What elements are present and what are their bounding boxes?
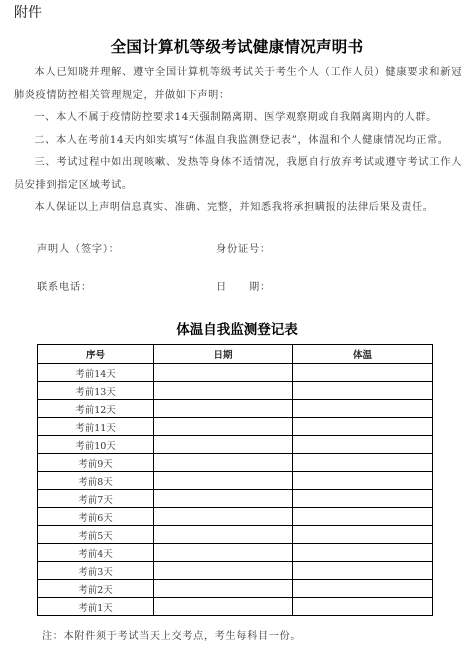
temp-cell[interactable] xyxy=(293,418,433,436)
temp-cell[interactable] xyxy=(293,436,433,454)
temp-cell[interactable] xyxy=(293,454,433,472)
header-temp: 体温 xyxy=(293,345,433,364)
clause-1: 一、本人不属于疫情防控要求14天强制隔离期、医学观察期或自我隔离期内的人群。 xyxy=(14,107,462,130)
phone-field[interactable]: 联系电话： xyxy=(37,278,92,293)
date-cell[interactable] xyxy=(154,544,293,562)
temp-cell[interactable] xyxy=(293,472,433,490)
seq-cell: 考前11天 xyxy=(38,418,154,436)
table-row: 考前13天 xyxy=(38,382,433,400)
temp-cell[interactable] xyxy=(293,544,433,562)
seq-cell: 考前6天 xyxy=(38,508,154,526)
seq-cell: 考前9天 xyxy=(38,454,154,472)
table-row: 考前4天 xyxy=(38,544,433,562)
temp-cell[interactable] xyxy=(293,364,433,382)
table-header-row: 序号 日期 体温 xyxy=(38,345,433,364)
table-row: 考前8天 xyxy=(38,472,433,490)
temp-cell[interactable] xyxy=(293,526,433,544)
seq-cell: 考前8天 xyxy=(38,472,154,490)
table-row: 考前14天 xyxy=(38,364,433,382)
date-cell[interactable] xyxy=(154,598,293,616)
document-title: 全国计算机等级考试健康情况声明书 xyxy=(0,35,474,57)
header-date: 日期 xyxy=(154,345,293,364)
seq-cell: 考前10天 xyxy=(38,436,154,454)
table-row: 考前3天 xyxy=(38,562,433,580)
declaration-body: 本人已知晓并理解、遵守全国计算机等级考试关于考生个人（工作人员）健康要求和新冠肺… xyxy=(14,62,462,220)
date-cell[interactable] xyxy=(154,580,293,598)
date-cell[interactable] xyxy=(154,490,293,508)
seq-cell: 考前13天 xyxy=(38,382,154,400)
clause-2: 二、本人在考前14天内如实填写“体温自我监测登记表”，体温和个人健康情况均正常。 xyxy=(14,130,462,153)
temp-cell[interactable] xyxy=(293,580,433,598)
temp-cell[interactable] xyxy=(293,382,433,400)
date-cell[interactable] xyxy=(154,436,293,454)
date-cell[interactable] xyxy=(154,364,293,382)
table-row: 考前5天 xyxy=(38,526,433,544)
temperature-log-table: 序号 日期 体温 考前14天考前13天考前12天考前11天考前10天考前9天考前… xyxy=(37,344,433,616)
table-title: 体温自我监测登记表 xyxy=(0,318,474,338)
seq-cell: 考前3天 xyxy=(38,562,154,580)
table-row: 考前6天 xyxy=(38,508,433,526)
seq-cell: 考前7天 xyxy=(38,490,154,508)
seq-cell: 考前12天 xyxy=(38,400,154,418)
temp-cell[interactable] xyxy=(293,562,433,580)
header-seq: 序号 xyxy=(38,345,154,364)
attachment-label: 附件 xyxy=(14,2,42,22)
temp-cell[interactable] xyxy=(293,490,433,508)
seq-cell: 考前1天 xyxy=(38,598,154,616)
temp-cell[interactable] xyxy=(293,400,433,418)
temp-cell[interactable] xyxy=(293,598,433,616)
date-cell[interactable] xyxy=(154,418,293,436)
intro-paragraph: 本人已知晓并理解、遵守全国计算机等级考试关于考生个人（工作人员）健康要求和新冠肺… xyxy=(14,62,462,107)
table-row: 考前11天 xyxy=(38,418,433,436)
table-row: 考前1天 xyxy=(38,598,433,616)
date-cell[interactable] xyxy=(154,472,293,490)
table-row: 考前2天 xyxy=(38,580,433,598)
footnote: 注：本附件须于考试当天上交考点，考生每科目一份。 xyxy=(42,627,301,642)
seq-cell: 考前14天 xyxy=(38,364,154,382)
guarantee-paragraph: 本人保证以上声明信息真实、准确、完整，并知悉我将承担瞒报的法律后果及责任。 xyxy=(14,197,462,220)
date-cell[interactable] xyxy=(154,400,293,418)
table-row: 考前12天 xyxy=(38,400,433,418)
seq-cell: 考前4天 xyxy=(38,544,154,562)
date-cell[interactable] xyxy=(154,454,293,472)
date-cell[interactable] xyxy=(154,562,293,580)
table-row: 考前10天 xyxy=(38,436,433,454)
signer-field[interactable]: 声明人（签字）： xyxy=(37,240,120,255)
date-field[interactable]: 日 期： xyxy=(216,278,271,293)
temp-cell[interactable] xyxy=(293,508,433,526)
seq-cell: 考前5天 xyxy=(38,526,154,544)
clause-3: 三、考试过程中如出现咳嗽、发热等身体不适情况，我愿自行放弃考试或遵守考试工作人员… xyxy=(14,152,462,197)
id-number-field[interactable]: 身份证号： xyxy=(216,240,271,255)
seq-cell: 考前2天 xyxy=(38,580,154,598)
date-cell[interactable] xyxy=(154,508,293,526)
table-row: 考前9天 xyxy=(38,454,433,472)
date-cell[interactable] xyxy=(154,526,293,544)
table-row: 考前7天 xyxy=(38,490,433,508)
date-cell[interactable] xyxy=(154,382,293,400)
